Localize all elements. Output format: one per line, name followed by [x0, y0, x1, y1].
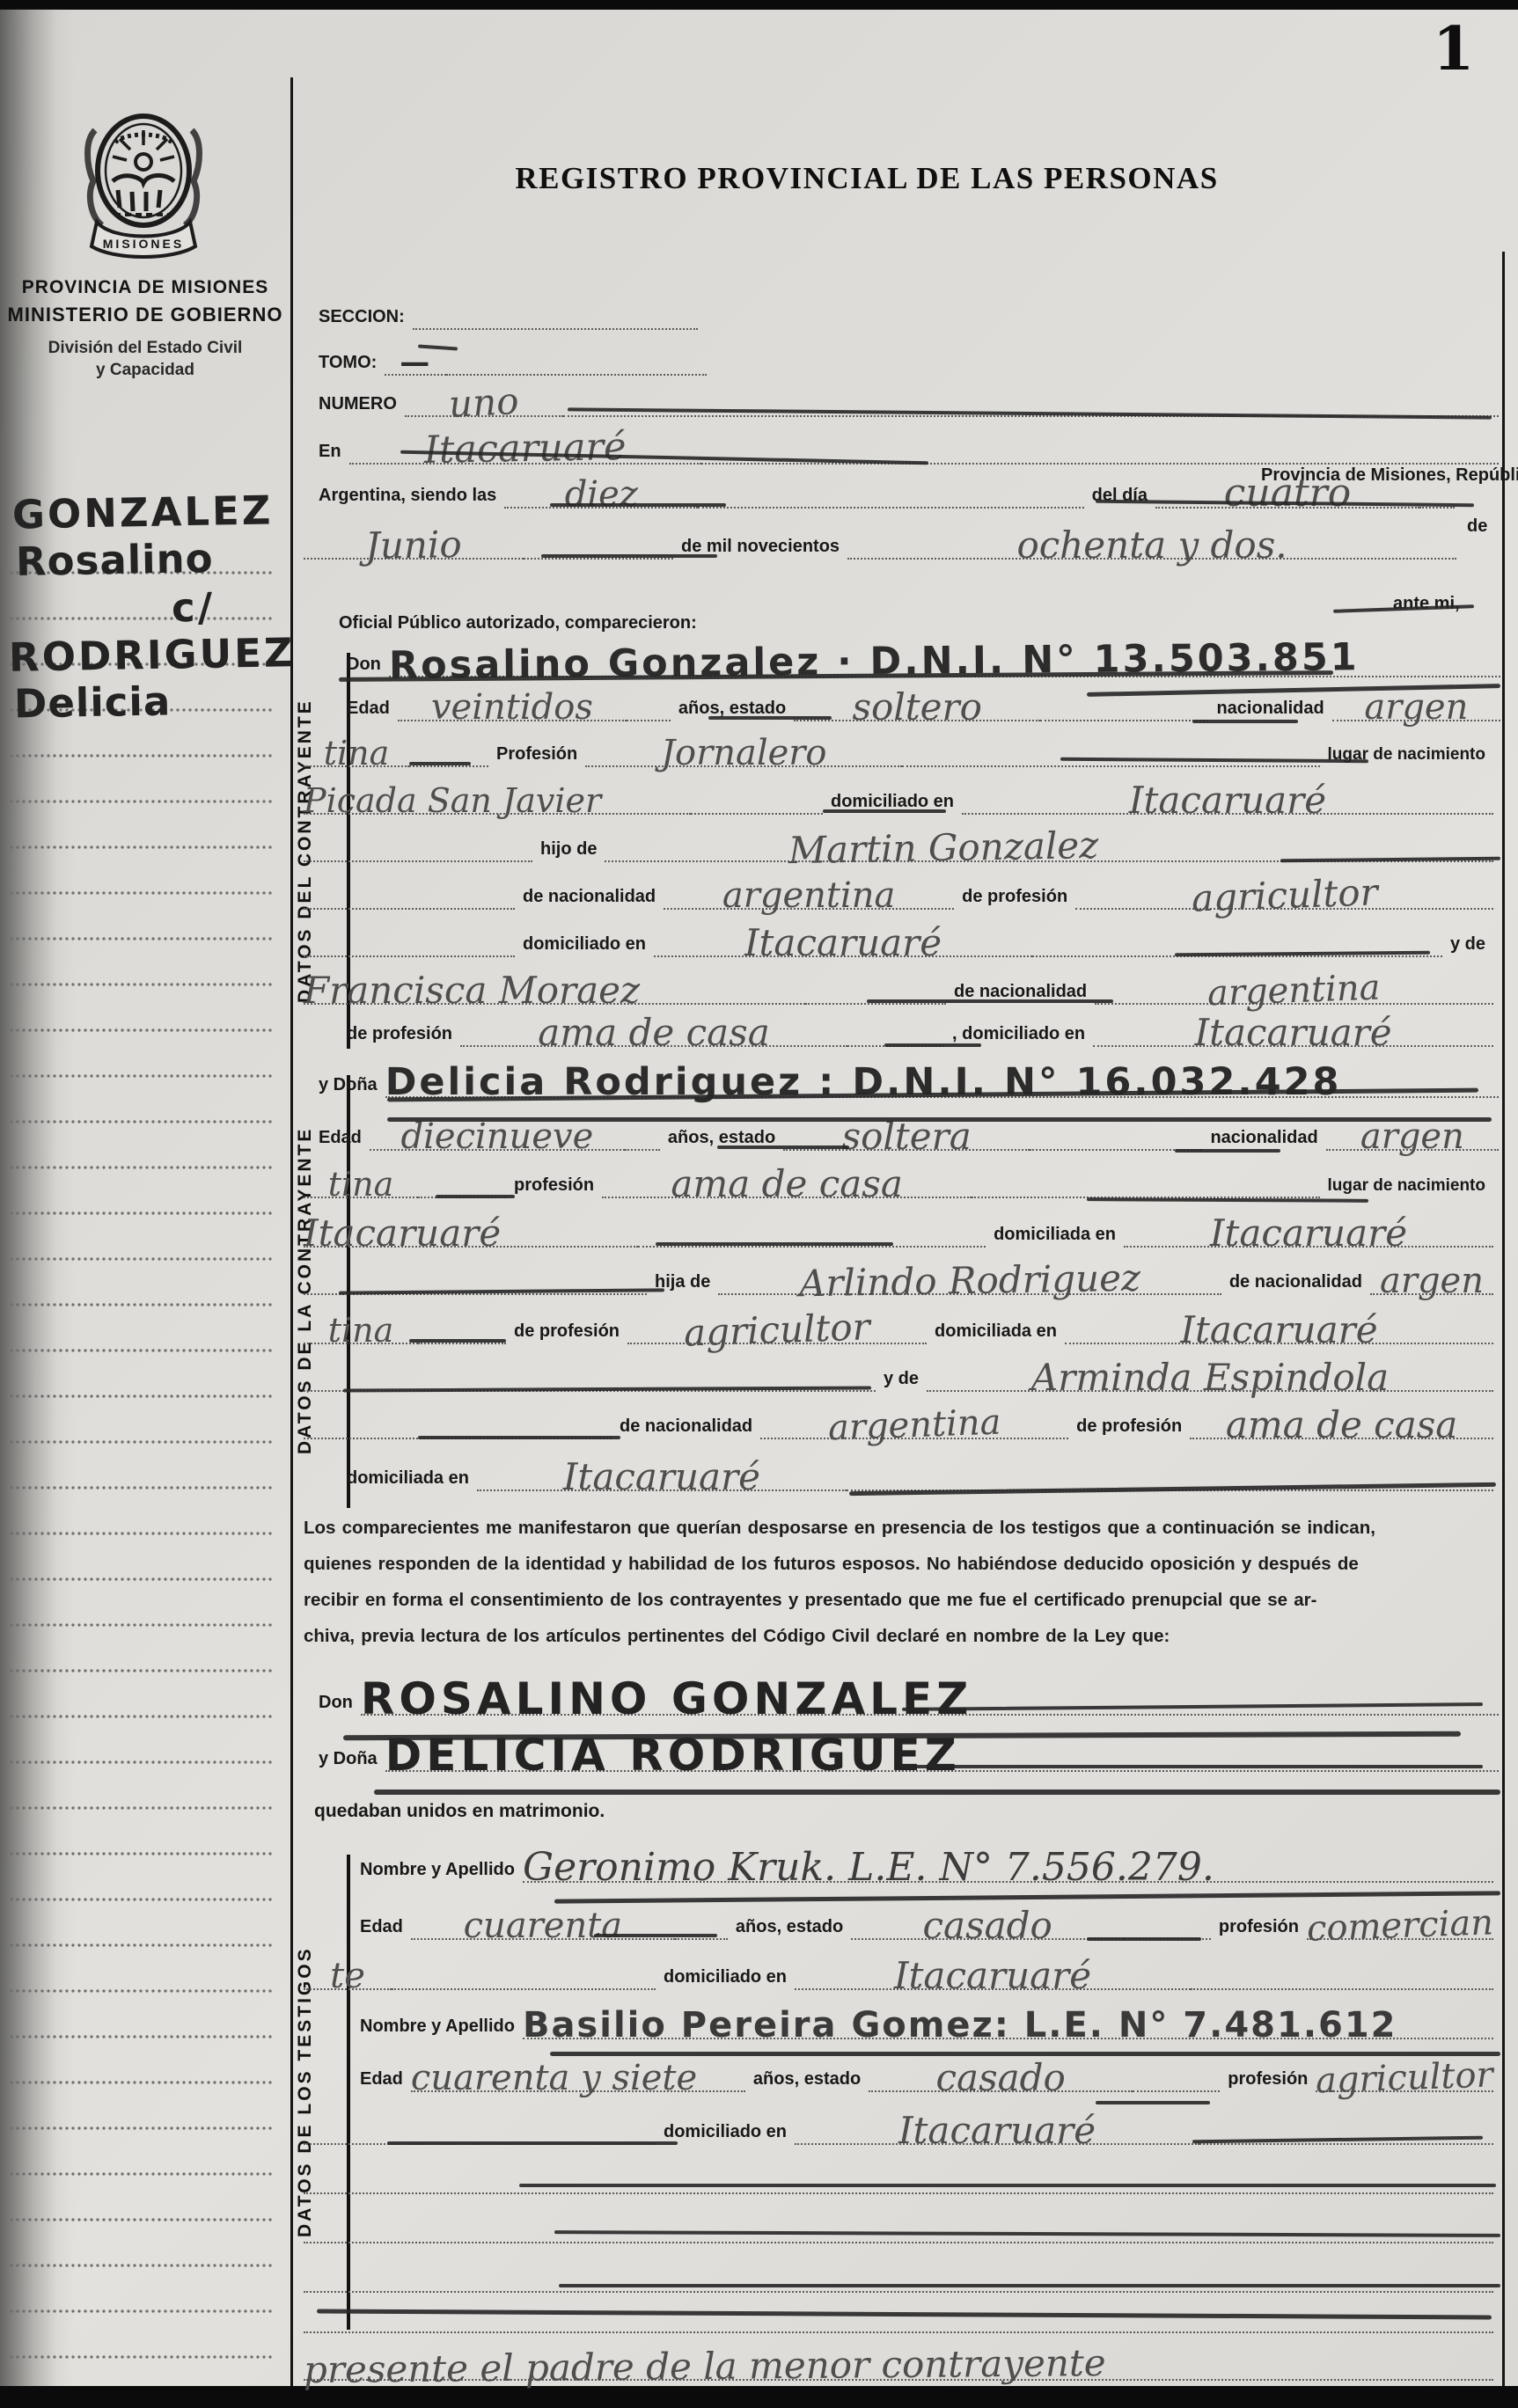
field-label-lugar-nacimiento: lugar de nacimiento	[1320, 1177, 1493, 1198]
pen-stroke	[867, 999, 1113, 1003]
field-label-nacionalidad: nacionalidad	[1202, 1129, 1325, 1151]
field-value-padre-nac-cont: tina	[304, 1321, 418, 1344]
blank-line	[805, 1003, 946, 1005]
field-label-y-dona: y Doña	[311, 1076, 385, 1098]
blank-line	[304, 955, 515, 957]
field-value-w1-estado: casado	[851, 1915, 1124, 1940]
blank-line	[1419, 507, 1455, 509]
field-value-lugar: Itacaruaré	[304, 1223, 638, 1248]
field-value-w1-profesion-cont: te	[304, 1966, 392, 1990]
field-label-edad: Edad	[339, 699, 398, 721]
handwritten-w1-profesion: comercian	[1307, 1913, 1494, 1938]
handwritten-madre-dom: Itacaruaré	[1194, 1022, 1391, 1043]
handwritten-w1-estado: casado	[923, 1915, 1052, 1936]
paragraph-line: quienes responden de la identidad y habi…	[304, 1546, 1493, 1582]
pen-stroke	[550, 2052, 1500, 2056]
handwritten-padre-prof: agricultor	[1191, 882, 1377, 908]
field-value-w2-domicilio: Itacaruaré	[795, 2120, 1199, 2145]
form-left-border	[290, 77, 293, 2386]
handwritten-numero: uno	[449, 391, 519, 414]
field-label-nombre-apellido: Nombre y Apellido	[352, 2017, 523, 2039]
handwritten-mes: Junio	[365, 534, 462, 556]
margin-case-name: RODRIGUEZ	[9, 633, 296, 677]
pen-stroke	[550, 503, 726, 507]
field-value-lugar: Picada San Javier	[304, 792, 691, 815]
field-label-edad: Edad	[352, 1918, 411, 1940]
pen-stroke	[409, 1339, 506, 1343]
pen-stroke	[902, 1765, 1483, 1768]
field-value-madre-nac: argentina	[1095, 981, 1493, 1005]
field-label-de-profesion: de profesión	[339, 1025, 460, 1047]
handwritten-lugar: Picada San Javier	[304, 792, 601, 810]
field-value-domicilio: Itacaruaré	[962, 790, 1493, 815]
blank-line	[304, 860, 532, 862]
field-label-en: En	[311, 443, 349, 465]
blank-line	[1040, 720, 1208, 721]
scanned-registry-page: 1 REGISTRO PROVINCIAL DE LAS PERSONAS MI…	[0, 0, 1518, 2408]
blank-line	[675, 1938, 728, 1940]
field-label-argentina: Argentina, siendo las	[311, 487, 504, 509]
blank-line	[701, 463, 1499, 465]
handwritten-groom-declared: ROSALINO GONZALEZ	[361, 1687, 973, 1712]
field-value-nacionalidad: argen	[1326, 1127, 1499, 1151]
field-label-de-nacionalidad: de nacionalidad	[515, 888, 664, 910]
field-value-mes: Junio	[304, 535, 524, 560]
field-label-seccion: SECCION:	[311, 308, 413, 330]
handwritten-domicilio: Itacaruaré	[1210, 1223, 1407, 1243]
paragraph-line: chiva, previa lectura de los artículos p…	[304, 1618, 1493, 1654]
handwritten-nacionalidad: argen	[1364, 698, 1468, 717]
handwritten-madre-prof: ama de casa	[1226, 1415, 1458, 1435]
handwritten-padre-dom: Itacaruaré	[744, 933, 942, 953]
handwritten-w1-profesion-cont: te	[330, 1966, 365, 1986]
footnote-line: presente el padre de la menor contrayent…	[304, 2356, 1493, 2381]
provincial-seal-icon: MISIONES	[76, 97, 211, 262]
field-label-de-profesion: de profesión	[506, 1322, 627, 1344]
field-label-edad: Edad	[352, 2070, 411, 2092]
handwritten-w1-domicilio: Itacaruaré	[894, 1965, 1091, 1986]
handwritten-estado: soltera	[842, 1126, 972, 1146]
field-label-don: Don	[339, 655, 389, 677]
field-label-numero: NUMERO	[311, 395, 405, 417]
field-value-w1-name: Geronimo Kruk. L.E. N° 7.556.279.	[523, 1857, 1493, 1883]
blank-ruled-line	[304, 2291, 1493, 2293]
handwritten-edad: diecinueve	[401, 1127, 594, 1146]
blank-line	[446, 374, 707, 376]
field-label-domiciliado: domiciliado en	[515, 935, 654, 957]
handwritten-w2-domicilio: Itacaruaré	[898, 2120, 1096, 2141]
field-value-profesion: Jornalero	[585, 743, 902, 767]
handwritten-tomo: —	[400, 355, 431, 371]
field-label-de-profesion: de profesión	[1068, 1417, 1190, 1439]
registry-form: SECCION: TOMO: — NUMERO uno En Itacaruar…	[304, 0, 1500, 2408]
field-value-w2-profesion: agricultor	[1316, 2068, 1493, 2092]
field-value-w2-estado: casado	[869, 2068, 1133, 2092]
handwritten-padre-nac-cont: tina	[328, 1321, 394, 1340]
handwritten-w1-edad: cuarenta	[464, 1916, 623, 1936]
field-label-y-de: y de	[876, 1370, 927, 1392]
field-value-madre-prof: ama de casa	[1190, 1415, 1493, 1439]
field-value-madre: Arminda Espindola	[927, 1367, 1493, 1392]
pen-stroke	[559, 2284, 1500, 2287]
handwritten-madre-nac: argentina	[828, 1413, 1001, 1438]
blank-line	[409, 765, 488, 767]
blank-line	[627, 720, 671, 721]
handwritten-madre-nac: argentina	[1207, 978, 1381, 1004]
handwritten-nacionalidad-cont: tina	[328, 1175, 394, 1194]
field-label-domiciliada: domiciliada en	[339, 1469, 477, 1491]
margin-case-name: c/	[172, 588, 216, 628]
field-label-de: de	[1467, 517, 1487, 535]
field-value-tomo: —	[385, 355, 446, 376]
field-label-profesion: profesión	[506, 1176, 602, 1198]
blank-line	[524, 558, 673, 560]
handwritten-padre-prof: agricultor	[684, 1316, 870, 1343]
field-value-padre-prof: agricultor	[627, 1320, 927, 1344]
pen-stroke	[594, 1934, 717, 1937]
margin-case-name: GONZALEZ	[12, 490, 274, 534]
field-label-anos-estado: años, estado	[728, 1918, 851, 1940]
pen-stroke	[1087, 1937, 1201, 1941]
letterhead-division-1: División del Estado Civil	[0, 337, 290, 360]
pen-stroke	[717, 1145, 849, 1149]
letterhead: PROVINCIA DE MISIONES MINISTERIO DE GOBI…	[0, 274, 290, 381]
pen-stroke	[387, 2141, 678, 2145]
pen-stroke	[409, 762, 471, 765]
pen-stroke	[656, 1242, 893, 1246]
blank-line	[902, 765, 1319, 767]
blank-line	[691, 813, 823, 815]
pen-stroke	[541, 554, 717, 558]
field-value-edad: diecinueve	[370, 1127, 625, 1151]
field-label-de-nacionalidad: de nacionalidad	[612, 1417, 760, 1439]
field-value-w1-profesion: comercian	[1307, 1916, 1493, 1940]
pen-stroke	[1175, 1149, 1280, 1153]
letterhead-ministry: MINISTERIO DE GOBIERNO	[0, 301, 290, 329]
field-value-numero: uno	[405, 392, 563, 417]
blank-line	[392, 1988, 656, 1990]
field-label-hijo-de: hijo de	[532, 840, 605, 862]
field-value-padre: Arlindo Rodriguez	[718, 1270, 1221, 1295]
pen-stroke	[374, 1790, 1500, 1795]
field-value-edad: veintidos	[398, 698, 627, 721]
handwritten-padre-nac: argen	[1380, 1271, 1484, 1291]
blank-line	[413, 328, 698, 330]
blank-line	[638, 1246, 986, 1248]
field-value-madre: Francisca Moraez	[304, 980, 805, 1005]
pen-stroke	[519, 2184, 1496, 2187]
pen-stroke	[1087, 1197, 1368, 1203]
handwritten-nacionalidad-cont: tina	[324, 744, 390, 763]
letterhead-province: PROVINCIA DE MISIONES	[0, 274, 290, 301]
pen-stroke	[317, 2309, 1492, 2320]
declaration-closing: quedaban unidos en matrimonio.	[314, 1802, 605, 1820]
handwritten-padre-dom: Itacaruaré	[1180, 1320, 1377, 1340]
handwritten-padre: Martin Gonzalez	[788, 835, 1099, 860]
field-label-don: Don	[311, 1694, 361, 1716]
paragraph-line: recibir en forma el consentimiento de lo…	[304, 1582, 1493, 1618]
field-value-w2-edad: cuarenta y siete	[411, 2068, 745, 2092]
handwritten-hora: diez	[565, 485, 638, 504]
letterhead-division-2: y Capacidad	[0, 360, 290, 381]
field-label-de-nacionalidad: de nacionalidad	[1221, 1273, 1370, 1295]
field-value-nacionalidad: argen	[1332, 698, 1500, 721]
pen-stroke	[436, 1195, 515, 1198]
field-label-nacionalidad: nacionalidad	[1208, 699, 1331, 721]
field-value-padre-dom: Itacaruaré	[1065, 1320, 1493, 1344]
handwritten-estado: soltero	[852, 697, 981, 717]
field-label-edad: Edad	[311, 1129, 370, 1151]
field-value-nacionalidad-cont: tina	[304, 1175, 418, 1198]
field-value-padre-prof: agricultor	[1075, 885, 1493, 910]
handwritten-padre: Arlindo Rodriguez	[799, 1268, 1140, 1294]
handwritten-bride-declared: DELICIA RODRIGUEZ	[385, 1744, 961, 1768]
handwritten-edad: veintidos	[431, 698, 593, 717]
field-label-nombre-apellido: Nombre y Apellido	[352, 1861, 523, 1883]
field-value-profesion: ama de casa	[602, 1174, 972, 1198]
handwritten-w2-estado: casado	[936, 2068, 1066, 2088]
field-value-madre-nac: argentina	[760, 1416, 1068, 1439]
blank-ruled-line	[304, 2192, 1493, 2194]
form-right-border	[1502, 252, 1505, 2386]
handwritten-w2-name: Basilio Pereira Gomez: L.E. N° 7.481.612	[523, 2016, 1397, 2035]
blank-line	[1133, 2090, 1220, 2092]
pen-stroke	[823, 809, 946, 813]
handwritten-anio: ochenta y dos.	[1016, 535, 1287, 555]
field-label-profesion: Profesión	[488, 745, 585, 767]
handwritten-w2-edad: cuarenta y siete	[411, 2068, 697, 2088]
field-value-anio: ochenta y dos.	[847, 535, 1456, 560]
field-label-y-de: y de	[1442, 935, 1493, 957]
seal-ribbon-text: MISIONES	[103, 237, 184, 251]
field-label-lugar-nacimiento: lugar de nacimiento	[1320, 746, 1493, 767]
pen-stroke	[418, 1436, 620, 1439]
handwritten-madre: Francisca Moraez	[304, 980, 640, 1000]
field-value-madre-prof: ama de casa	[460, 1022, 847, 1047]
blank-line	[625, 1149, 660, 1151]
field-label-tomo: TOMO:	[311, 354, 385, 376]
handwritten-profesion: ama de casa	[671, 1174, 903, 1194]
field-value-nacionalidad-cont: tina	[304, 744, 409, 767]
blank-line	[698, 507, 1083, 509]
handwritten-w1-name: Geronimo Kruk. L.E. N° 7.556.279.	[523, 1857, 1214, 1878]
field-value-madre-dom: Itacaruaré	[1093, 1022, 1493, 1047]
handwritten-padre-nac: argentina	[722, 886, 895, 905]
field-value-padre-nac: argentina	[664, 886, 954, 910]
pen-stroke	[1192, 720, 1298, 723]
field-label-domiciliada: domiciliada en	[986, 1226, 1124, 1248]
field-value-padre-dom: Itacaruaré	[654, 933, 1032, 957]
handwritten-domicilio: Itacaruaré	[1129, 790, 1326, 810]
pen-stroke	[554, 2230, 1500, 2237]
field-label-del-dia: del día	[1084, 487, 1155, 509]
pen-stroke	[708, 716, 832, 720]
handwritten-madre-prof: ama de casa	[538, 1022, 770, 1043]
field-value-groom-declared: ROSALINO GONZALEZ	[361, 1687, 1499, 1716]
field-value-w2-name: Basilio Pereira Gomez: L.E. N° 7.481.612	[523, 2016, 1493, 2039]
handwritten-nacionalidad: argen	[1360, 1127, 1464, 1146]
field-label-de-profesion: de profesión	[954, 888, 1075, 910]
field-value-w1-domicilio: Itacaruaré	[795, 1965, 1191, 1990]
field-label-domiciliado: domiciliado en	[656, 1968, 795, 1990]
margin-ruled-lines	[9, 530, 273, 2382]
paragraph-line: Los comparecientes me manifestaron que q…	[304, 1510, 1493, 1546]
handwritten-madre-dom: Itacaruaré	[563, 1467, 760, 1487]
field-value-domicilio: Itacaruaré	[1124, 1223, 1493, 1248]
pen-stroke	[884, 1043, 981, 1047]
pen-stroke	[387, 1117, 1492, 1122]
handwritten-madre: Arminda Espindola	[1031, 1367, 1389, 1387]
field-label-profesion: profesión	[1220, 2070, 1316, 2092]
blank-line	[1191, 1988, 1493, 1990]
margin-case-name: Delicia	[14, 681, 172, 723]
pen-stroke	[1096, 2101, 1210, 2104]
field-label-profesion: profesión	[1211, 1918, 1307, 1940]
blank-ruled-line	[304, 2242, 1493, 2243]
field-label-y-dona: y Doña	[311, 1750, 385, 1772]
handwritten-w2-profesion: agricultor	[1316, 2065, 1493, 2090]
field-label-domiciliada: domiciliada en	[927, 1322, 1065, 1344]
pen-stroke	[554, 1891, 1500, 1903]
blank-line	[304, 908, 515, 910]
margin-case-name: Rosalino	[16, 538, 214, 582]
handwritten-profesion: Jornalero	[661, 743, 827, 763]
blank-ruled-line	[304, 2331, 1493, 2333]
declaration-paragraph: Los comparecientes me manifestaron que q…	[304, 1510, 1493, 1654]
field-label-oficial: Oficial Público autorizado, compareciero…	[339, 614, 697, 632]
handwritten-locality: Itacaruaré	[424, 437, 627, 462]
handwritten-footnote: presente el padre de la menor contrayent…	[304, 2353, 1106, 2380]
handwritten-lugar: Itacaruaré	[304, 1223, 501, 1243]
field-value-madre-dom: Itacaruaré	[477, 1467, 847, 1491]
field-label-anos-estado: años, estado	[745, 2070, 869, 2092]
blank-line	[1199, 2143, 1493, 2145]
field-value-padre-nac: argen	[1370, 1271, 1493, 1295]
field-value-padre: Martin Gonzalez	[605, 838, 1282, 862]
blank-line	[418, 1343, 506, 1344]
